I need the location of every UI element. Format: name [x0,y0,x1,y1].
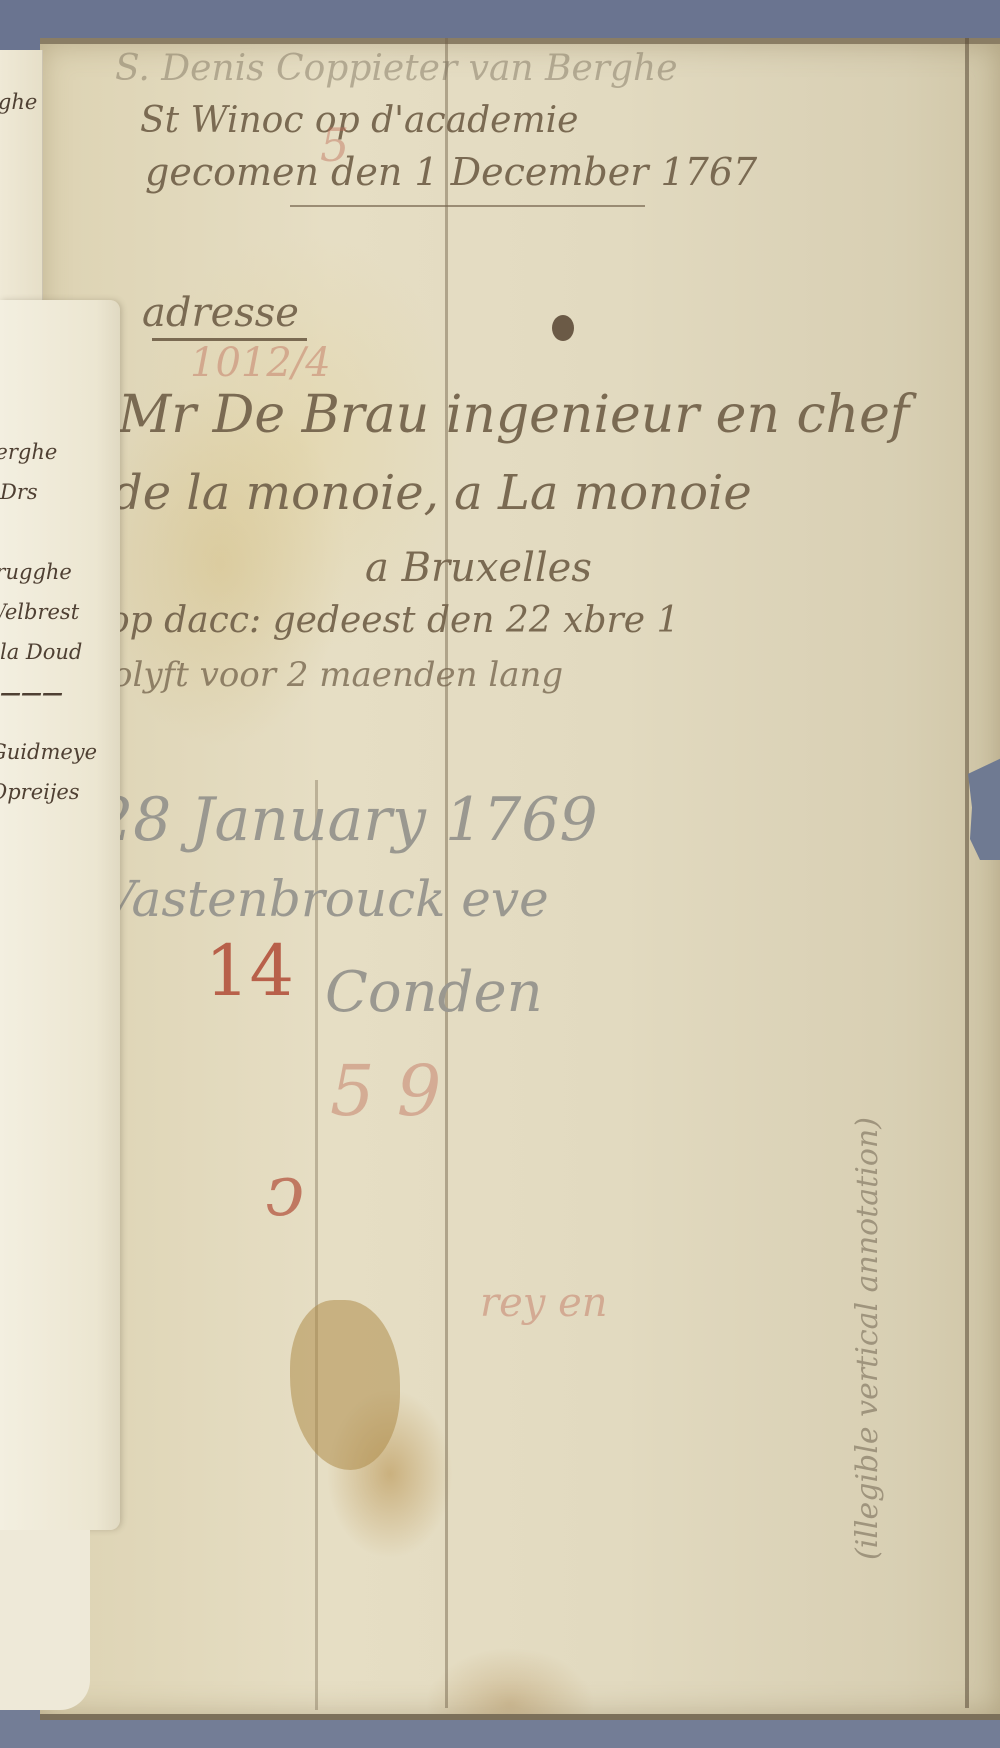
slip-line-6: ——— [0,680,63,705]
address-heading: adresse [142,290,299,336]
slip-line-3: Brugghe [0,560,72,584]
address-line-1: Mr De Brau ingenieur en chef [118,385,909,445]
address-line-3: a Bruxelles [365,545,592,591]
red-mark-faint-top: 5 [320,118,349,172]
right-margin-vertical-note: (illegible vertical annotation) [850,1117,885,1560]
slip-line-2: Drs [0,480,38,504]
red-faint-note: rey en [480,1280,608,1326]
slip-line-1: Berghe [0,440,57,464]
pencil-date: 28 January 1769 [95,785,598,855]
slip-top-fragment: Berghe [0,90,37,114]
header-separator-line [290,205,645,207]
manuscript-scan: S. Denis Coppieter van Berghe St Winoc o… [0,0,1000,1748]
margin-slip-bottom [0,1530,90,1710]
right-edge-fold [965,38,969,1708]
slip-line-7: Guidmeye [0,740,97,764]
note-line-1: op dacc: gedeest den 22 xbre 1 [108,600,679,641]
pencil-line-2: Vastenbrouck eve [100,870,549,928]
pencil-line-3: Conden [325,960,543,1025]
note-line-2: olyft voor 2 maenden lang [112,655,563,695]
ink-blot [552,315,574,341]
header-line-1: S. Denis Coppieter van Berghe [115,48,678,89]
margin-slip-top: Berghe [0,50,43,300]
slip-line-5: la Doud [0,640,82,664]
margin-slip: Berghe Drs Brugghe Welbrest la Doud ——— … [0,300,120,1530]
header-line-3: gecomen den 1 December 1767 [145,150,757,194]
slip-line-8: Opreijes [0,780,80,804]
address-line-2: de la monoie, a La monoie [112,465,752,521]
slip-line-4: Welbrest [0,600,79,624]
red-faint-number: 1012/4 [190,340,331,386]
red-faint-lower: 5 9 [330,1050,441,1132]
red-hook-mark: ↄ [265,1150,304,1232]
header-line-2: St Winoc op d'academie [140,100,578,141]
red-number: 14 [205,930,294,1012]
